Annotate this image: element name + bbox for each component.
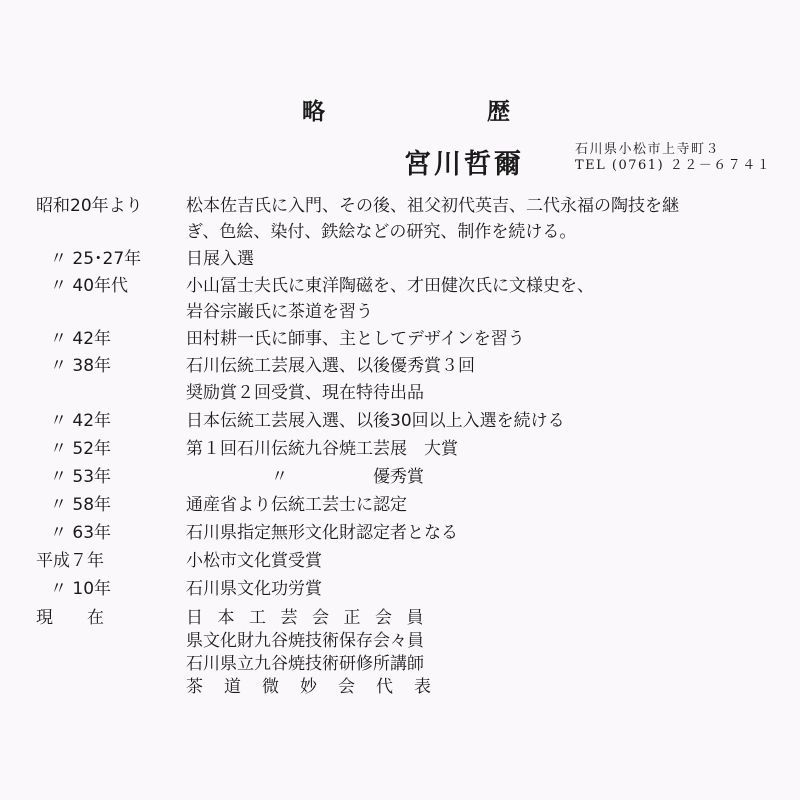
entry-date: 現 在	[36, 605, 104, 631]
entry-text: 〃 優秀賞	[186, 464, 424, 490]
entry-date: 〃 40年代	[50, 273, 128, 299]
entry-text: 石川県指定無形文化財認定者となる	[186, 520, 458, 546]
entry-text: 石川県文化功労賞	[186, 576, 322, 602]
entry-date: 〃 10年	[50, 576, 111, 602]
entry-text: 日展入選	[186, 246, 254, 272]
author-contact: 石川県小松市上寺町３ TEL (0761) ２２－６７４１	[575, 142, 771, 174]
entry-text: 小松市文化賞受賞	[186, 548, 322, 574]
title-char-1: 略	[302, 98, 325, 125]
entry-text: 第１回石川伝統九谷焼工芸展 大賞	[186, 436, 458, 462]
document-title: 略 歴	[302, 93, 325, 126]
entry-date: 〃 25･27年	[50, 246, 141, 272]
entry-text: ぎ、色絵、染付、鉄絵などの研究、制作を続ける。	[186, 219, 576, 245]
entry-text: 日本伝統工芸展入選、以後30回以上入選を続ける	[186, 408, 565, 434]
entry-date: 〃 58年	[50, 492, 111, 518]
entry-date: 〃 38年	[50, 353, 111, 379]
entry-text: 石川伝統工芸展入選、以後優秀賞３回	[186, 353, 475, 379]
entry-date: 昭和20年より	[36, 193, 143, 219]
entry-date: 〃 53年	[50, 464, 111, 490]
entry-date: 平成７年	[36, 548, 104, 574]
entry-date: 〃 52年	[50, 436, 111, 462]
entry-text: 岩谷宗巌氏に茶道を習う	[186, 299, 373, 325]
entry-date: 〃 63年	[50, 520, 111, 546]
entry-text: 奨励賞２回受賞、現在特待出品	[186, 380, 424, 406]
entry-text: 田村耕一氏に師事、主としてデザインを習う	[186, 326, 525, 352]
author-address: 石川県小松市上寺町３	[575, 142, 771, 158]
entry-text: 通産省より伝統工芸士に認定	[186, 492, 407, 518]
author-name: 宮川哲爾	[404, 142, 524, 181]
entry-text: 小山冨士夫氏に東洋陶磁を、才田健次氏に文様史を、	[186, 273, 594, 299]
title-char-2: 歴	[487, 93, 510, 126]
author-tel: TEL (0761) ２２－６７４１	[575, 158, 771, 174]
entry-text: 松本佐吉氏に入門、その後、祖父初代英吉、二代永福の陶技を継	[186, 193, 679, 219]
entry-date: 〃 42年	[50, 408, 111, 434]
entry-text: 茶道微妙会代表	[186, 674, 452, 700]
entry-date: 〃 42年	[50, 326, 111, 352]
